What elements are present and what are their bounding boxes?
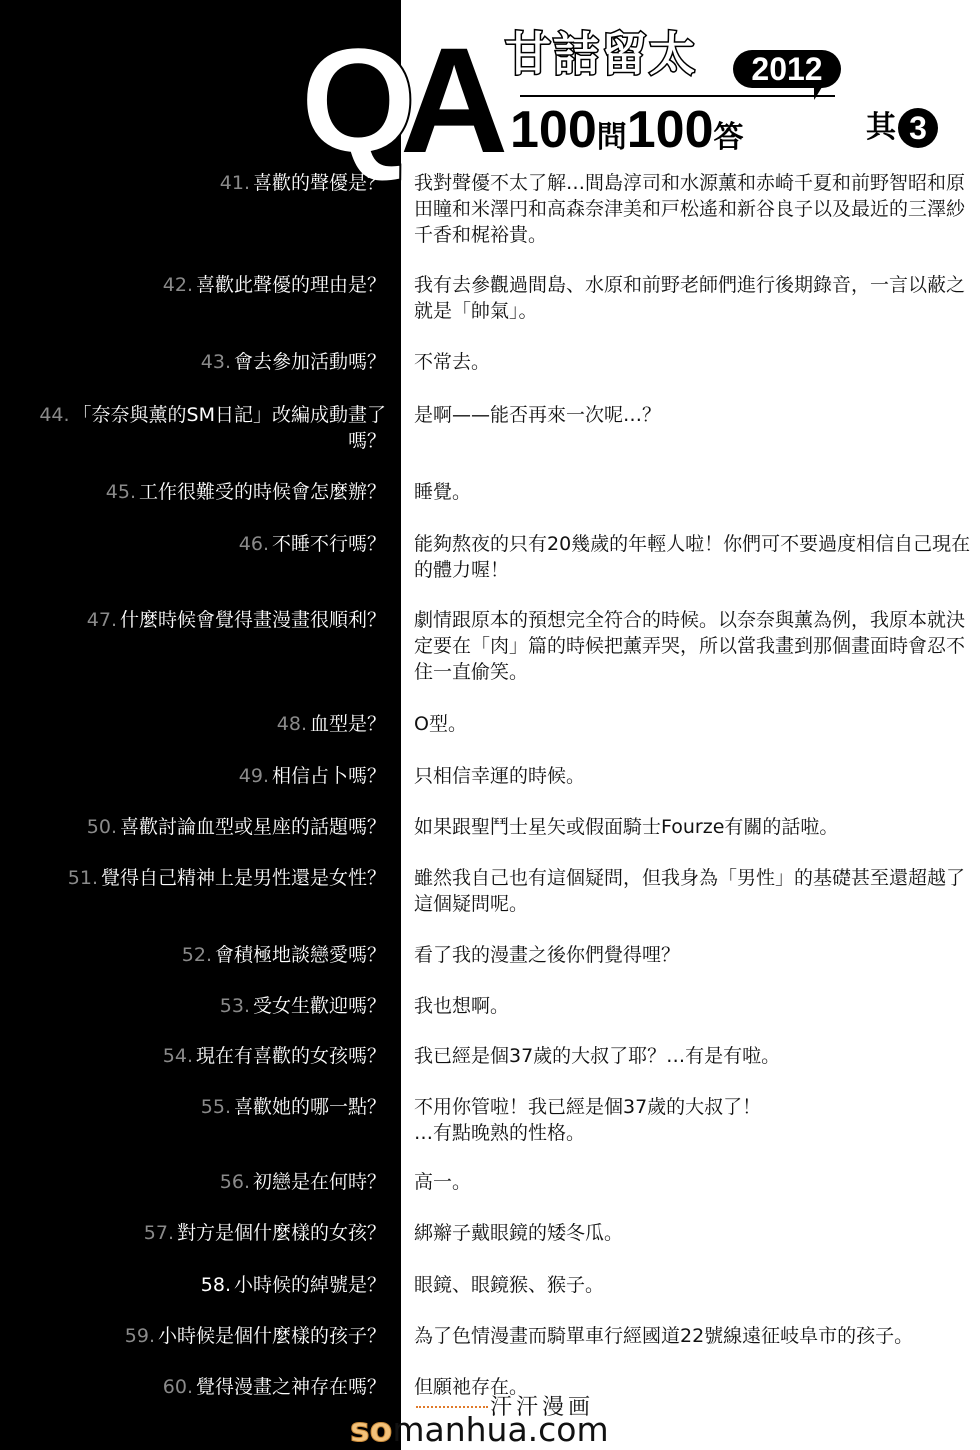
answer-text: 睡覺。 [414, 479, 974, 505]
question: 60.覺得漫畫之神存在嗎？ [16, 1374, 386, 1400]
answer-text: O型。 [414, 711, 974, 737]
answer-text: 不常去。 [414, 349, 974, 375]
question-number: 52. [182, 944, 212, 966]
question-number: 58. [201, 1274, 231, 1296]
answer-text: 不用你管啦！我已經是個37歲的大叔了！ …有點晚熟的性格。 [414, 1094, 974, 1146]
question-number: 48. [277, 713, 307, 735]
a-letter: A [400, 40, 508, 160]
answer-text: 為了色情漫畫而騎單車行經國道22號線遠征岐阜市的孩子。 [414, 1323, 974, 1349]
question-number: 42. [163, 274, 193, 296]
answer-text: 是啊——能否再來一次呢…？ [414, 402, 974, 428]
question-number: 41. [220, 172, 250, 194]
subtitle-number-2: 100 [627, 101, 714, 159]
answer-text: 只相信幸運的時候。 [414, 763, 974, 789]
answer-text: 高一。 [414, 1169, 974, 1195]
question-text: 覺得自己精神上是男性還是女性？ [101, 867, 386, 889]
title-divider [520, 95, 835, 97]
question-text: 工作很難受的時候會怎麼辦？ [139, 481, 386, 503]
answer-text: 如果跟聖鬥士星矢或假面騎士Fourze有關的話啦。 [414, 814, 974, 840]
question: 58.小時候的綽號是？ [16, 1272, 386, 1298]
question-number: 45. [106, 481, 136, 503]
question: 53.受女生歡迎嗎？ [16, 993, 386, 1019]
question-number: 57. [144, 1222, 174, 1244]
question: 41.喜歡的聲優是？ [16, 170, 386, 196]
question-text: 什麼時候會覺得畫漫畫很順利？ [120, 609, 386, 631]
subtitle-number-1: 100 [510, 101, 597, 159]
question: 42.喜歡此聲優的理由是？ [16, 272, 386, 298]
subtitle-word-2: 答 [714, 120, 744, 155]
page-title: 100問100答 [510, 102, 744, 166]
question-number: 60. [163, 1376, 193, 1398]
question: 57.對方是個什麼樣的女孩？ [16, 1220, 386, 1246]
question-text: 受女生歡迎嗎？ [253, 995, 386, 1017]
question-text: 喜歡她的哪一點？ [234, 1096, 386, 1118]
question-number: 46. [239, 533, 269, 555]
question-text: 現在有喜歡的女孩嗎？ [196, 1045, 386, 1067]
question: 51.覺得自己精神上是男性還是女性？ [16, 865, 386, 891]
answer-text: 我已經是個37歲的大叔了耶？…有是有啦。 [414, 1043, 974, 1069]
answer-text: 雖然我自己也有這個疑問，但我身為「男性」的基礎甚至還超越了這個疑問呢。 [414, 865, 974, 917]
question-number: 43. [201, 351, 231, 373]
watermark-dots [416, 1406, 488, 1408]
question-number: 47. [87, 609, 117, 631]
question-number: 59. [125, 1325, 155, 1347]
question-number: 49. [239, 765, 269, 787]
question-text: 血型是？ [310, 713, 386, 735]
answer-text: 綁辮子戴眼鏡的矮冬瓜。 [414, 1220, 974, 1246]
question-text: 會積極地談戀愛嗎？ [215, 944, 386, 966]
question: 43.會去參加活動嗎？ [16, 349, 386, 375]
question-number: 51. [68, 867, 98, 889]
question-text: 小時候是個什麼樣的孩子？ [158, 1325, 386, 1347]
question: 56.初戀是在何時？ [16, 1169, 386, 1195]
answer-text: 看了我的漫畫之後你們覺得哩？ [414, 942, 974, 968]
question-text: 喜歡的聲優是？ [253, 172, 386, 194]
answer-text: 我也想啊。 [414, 993, 974, 1019]
watermark-url-rest: manhua.com [392, 1410, 608, 1449]
question: 49.相信占卜嗎？ [16, 763, 386, 789]
question-number: 56. [220, 1171, 250, 1193]
question: 52.會積極地談戀愛嗎？ [16, 942, 386, 968]
subtitle-word-1: 問 [597, 120, 627, 155]
question-number: 54. [163, 1045, 193, 1067]
year-badge: 2012 [733, 50, 841, 88]
question: 50.喜歡討論血型或星座的話題嗎？ [16, 814, 386, 840]
question: 47.什麼時候會覺得畫漫畫很順利？ [16, 607, 386, 633]
part-indicator: 其 3 [866, 108, 938, 148]
question-number: 53. [220, 995, 250, 1017]
part-number-badge: 3 [898, 108, 938, 148]
question-text: 對方是個什麼樣的女孩？ [177, 1222, 386, 1244]
question-text: 相信占卜嗎？ [272, 765, 386, 787]
question-number: 55. [201, 1096, 231, 1118]
question: 48.血型是？ [16, 711, 386, 737]
answer-text: 能夠熬夜的只有20幾歲的年輕人啦！你們可不要過度相信自己現在的體力喔！ [414, 531, 974, 583]
question-text: 初戀是在何時？ [253, 1171, 386, 1193]
q-letter: Q [300, 40, 411, 160]
question-number: 50. [87, 816, 117, 838]
question-number: 44. [39, 404, 69, 426]
question: 44.「奈奈與薰的SM日記」改編成動畫了嗎？ [16, 402, 386, 454]
answer-text: 我對聲優不太了解…間島淳司和水源薰和赤崎千夏和前野智昭和原田瞳和米澤円和高森奈津… [414, 170, 974, 248]
question-text: 不睡不行嗎？ [272, 533, 386, 555]
watermark-logo-so: so [350, 1410, 392, 1449]
author-name: 甘詰留太 [505, 26, 697, 82]
watermark-url: somanhua.com [350, 1410, 609, 1450]
question-text: 會去參加活動嗎？ [234, 351, 386, 373]
question: 59.小時候是個什麼樣的孩子？ [16, 1323, 386, 1349]
question-text: 小時候的綽號是？ [234, 1274, 386, 1296]
question: 45.工作很難受的時候會怎麼辦？ [16, 479, 386, 505]
question: 46.不睡不行嗎？ [16, 531, 386, 557]
question-text: 喜歡此聲優的理由是？ [196, 274, 386, 296]
answer-text: 劇情跟原本的預想完全符合的時候。以奈奈與薰為例，我原本就決定要在「肉」篇的時候把… [414, 607, 974, 685]
answer-text: 眼鏡、眼鏡猴、猴子。 [414, 1272, 974, 1298]
question: 55.喜歡她的哪一點？ [16, 1094, 386, 1120]
question-text: 喜歡討論血型或星座的話題嗎？ [120, 816, 386, 838]
question: 54.現在有喜歡的女孩嗎？ [16, 1043, 386, 1069]
page-header: Q A 甘詰留太 2012 100問100答 其 3 [0, 0, 980, 160]
question-text: 「奈奈與薰的SM日記」改編成動畫了嗎？ [73, 404, 386, 452]
part-label: 其 [866, 108, 896, 148]
question-text: 覺得漫畫之神存在嗎？ [196, 1376, 386, 1398]
answer-text: 我有去參觀過間島、水原和前野老師們進行後期錄音，一言以蔽之就是「帥氣」。 [414, 272, 974, 324]
